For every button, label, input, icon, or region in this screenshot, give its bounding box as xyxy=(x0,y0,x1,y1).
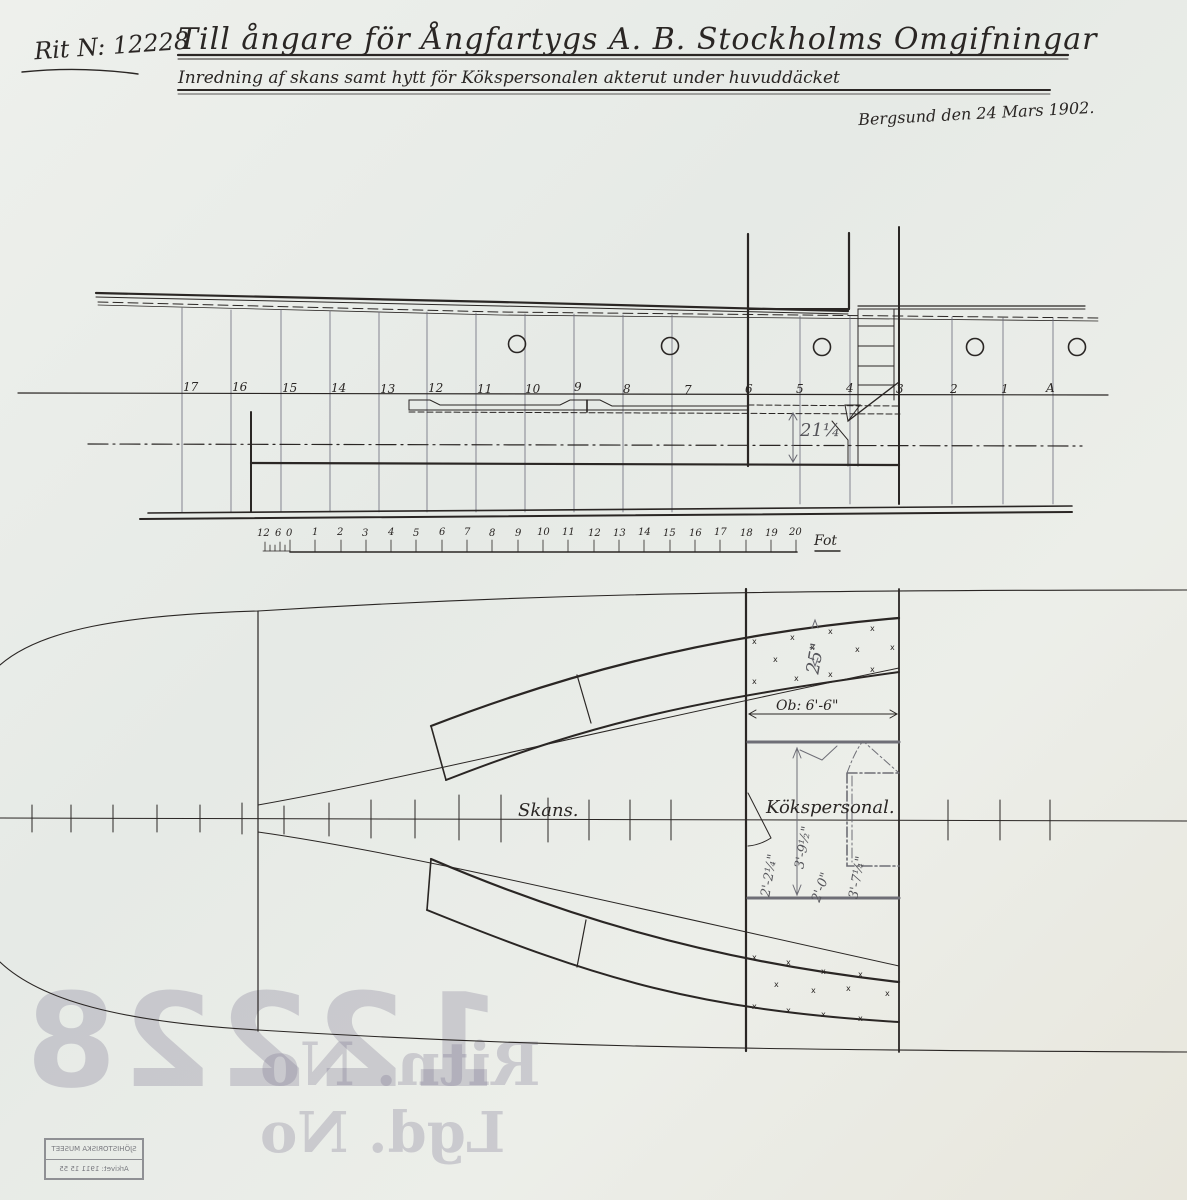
scale-tick-label: 16 xyxy=(689,528,702,539)
scale-unit: Fot xyxy=(814,533,837,549)
frame-number: 8 xyxy=(623,382,631,396)
svg-text:x: x xyxy=(870,624,875,633)
frame-number: 11 xyxy=(477,382,492,396)
frame-number: 2 xyxy=(950,382,958,396)
frame-number: 10 xyxy=(525,382,540,396)
frame-number: 15 xyxy=(282,381,297,395)
frame-number: 3 xyxy=(896,382,904,396)
svg-text:x: x xyxy=(773,655,778,664)
frame-number: 1 xyxy=(1001,382,1009,396)
scale-tick-label: 8 xyxy=(489,528,495,539)
svg-text:x: x xyxy=(811,986,816,995)
frame-number: 13 xyxy=(380,382,395,396)
svg-text:x: x xyxy=(828,627,833,636)
frame-number: 17 xyxy=(183,380,198,394)
technical-drawing: xxxx xxxx xxxx xxxx xxxx xxxx xyxy=(0,0,1187,1200)
drawing-title: Till ångare för Ångfartygs A. B. Stockho… xyxy=(178,22,1097,57)
svg-text:x: x xyxy=(828,670,833,679)
scale-tick-label: 9 xyxy=(515,528,521,539)
frame-number: 9 xyxy=(574,380,582,394)
svg-text:x: x xyxy=(870,665,875,674)
frame-number: 7 xyxy=(684,383,692,397)
svg-text:x: x xyxy=(846,984,851,993)
scale-tick-label: 12 xyxy=(588,528,601,539)
frame-number: 6 xyxy=(745,382,753,396)
svg-text:x: x xyxy=(885,989,890,998)
scale-tick-label: 17 xyxy=(714,527,727,538)
svg-text:x: x xyxy=(752,1002,757,1011)
svg-text:x: x xyxy=(855,645,860,654)
scale-tick-label: 7 xyxy=(464,527,470,538)
drawing-sheet: 12228 Ritn. No Lgd. No SJÖHISTORISKA MUS… xyxy=(0,0,1187,1200)
svg-text:x: x xyxy=(786,1006,791,1015)
scale-tick-label: 10 xyxy=(537,527,550,538)
svg-text:x: x xyxy=(858,970,863,979)
frame-number: A xyxy=(1046,381,1055,395)
svg-text:x: x xyxy=(890,643,895,652)
frame-number: 14 xyxy=(331,381,346,395)
scale-tick-label: 6 xyxy=(439,527,445,538)
scale-subtick-label: 0 xyxy=(286,528,292,539)
scale-tick-label: 2 xyxy=(337,527,343,538)
frame-number: 5 xyxy=(796,382,804,396)
room-label-kokspersonal: Kökspersonal. xyxy=(766,797,895,818)
scale-tick-label: 20 xyxy=(789,527,802,538)
scale-tick-label: 1 xyxy=(312,527,318,538)
frame-number: 16 xyxy=(232,380,247,394)
scale-tick-label: 4 xyxy=(388,527,394,538)
scale-tick-label: 15 xyxy=(663,528,676,539)
scale-subtick-label: 12 xyxy=(257,528,270,539)
svg-text:x: x xyxy=(774,980,779,989)
svg-text:x: x xyxy=(752,637,757,646)
room-label-skans: Skans. xyxy=(518,800,579,821)
svg-text:x: x xyxy=(858,1014,863,1023)
scale-tick-label: 18 xyxy=(740,528,753,539)
scale-tick-label: 13 xyxy=(613,528,626,539)
svg-text:x: x xyxy=(821,967,826,976)
svg-text:x: x xyxy=(752,677,757,686)
height-dimension: 21¼ xyxy=(800,420,840,441)
svg-text:x: x xyxy=(790,633,795,642)
room-width-dimension: Ob: 6'-6" xyxy=(776,698,838,714)
frame-number: 12 xyxy=(428,381,443,395)
frame-number: 4 xyxy=(846,381,854,395)
svg-text:x: x xyxy=(821,1010,826,1019)
scale-subtick-label: 6 xyxy=(275,528,281,539)
svg-text:x: x xyxy=(786,958,791,967)
drawing-subtitle: Inredning af skans samt hytt för Köksper… xyxy=(178,68,840,88)
svg-text:x: x xyxy=(794,674,799,683)
svg-text:x: x xyxy=(752,953,757,962)
scale-tick-label: 11 xyxy=(562,527,575,538)
scale-tick-label: 14 xyxy=(638,527,651,538)
scale-tick-label: 5 xyxy=(413,528,419,539)
scale-tick-label: 19 xyxy=(765,528,778,539)
scale-tick-label: 3 xyxy=(362,528,368,539)
